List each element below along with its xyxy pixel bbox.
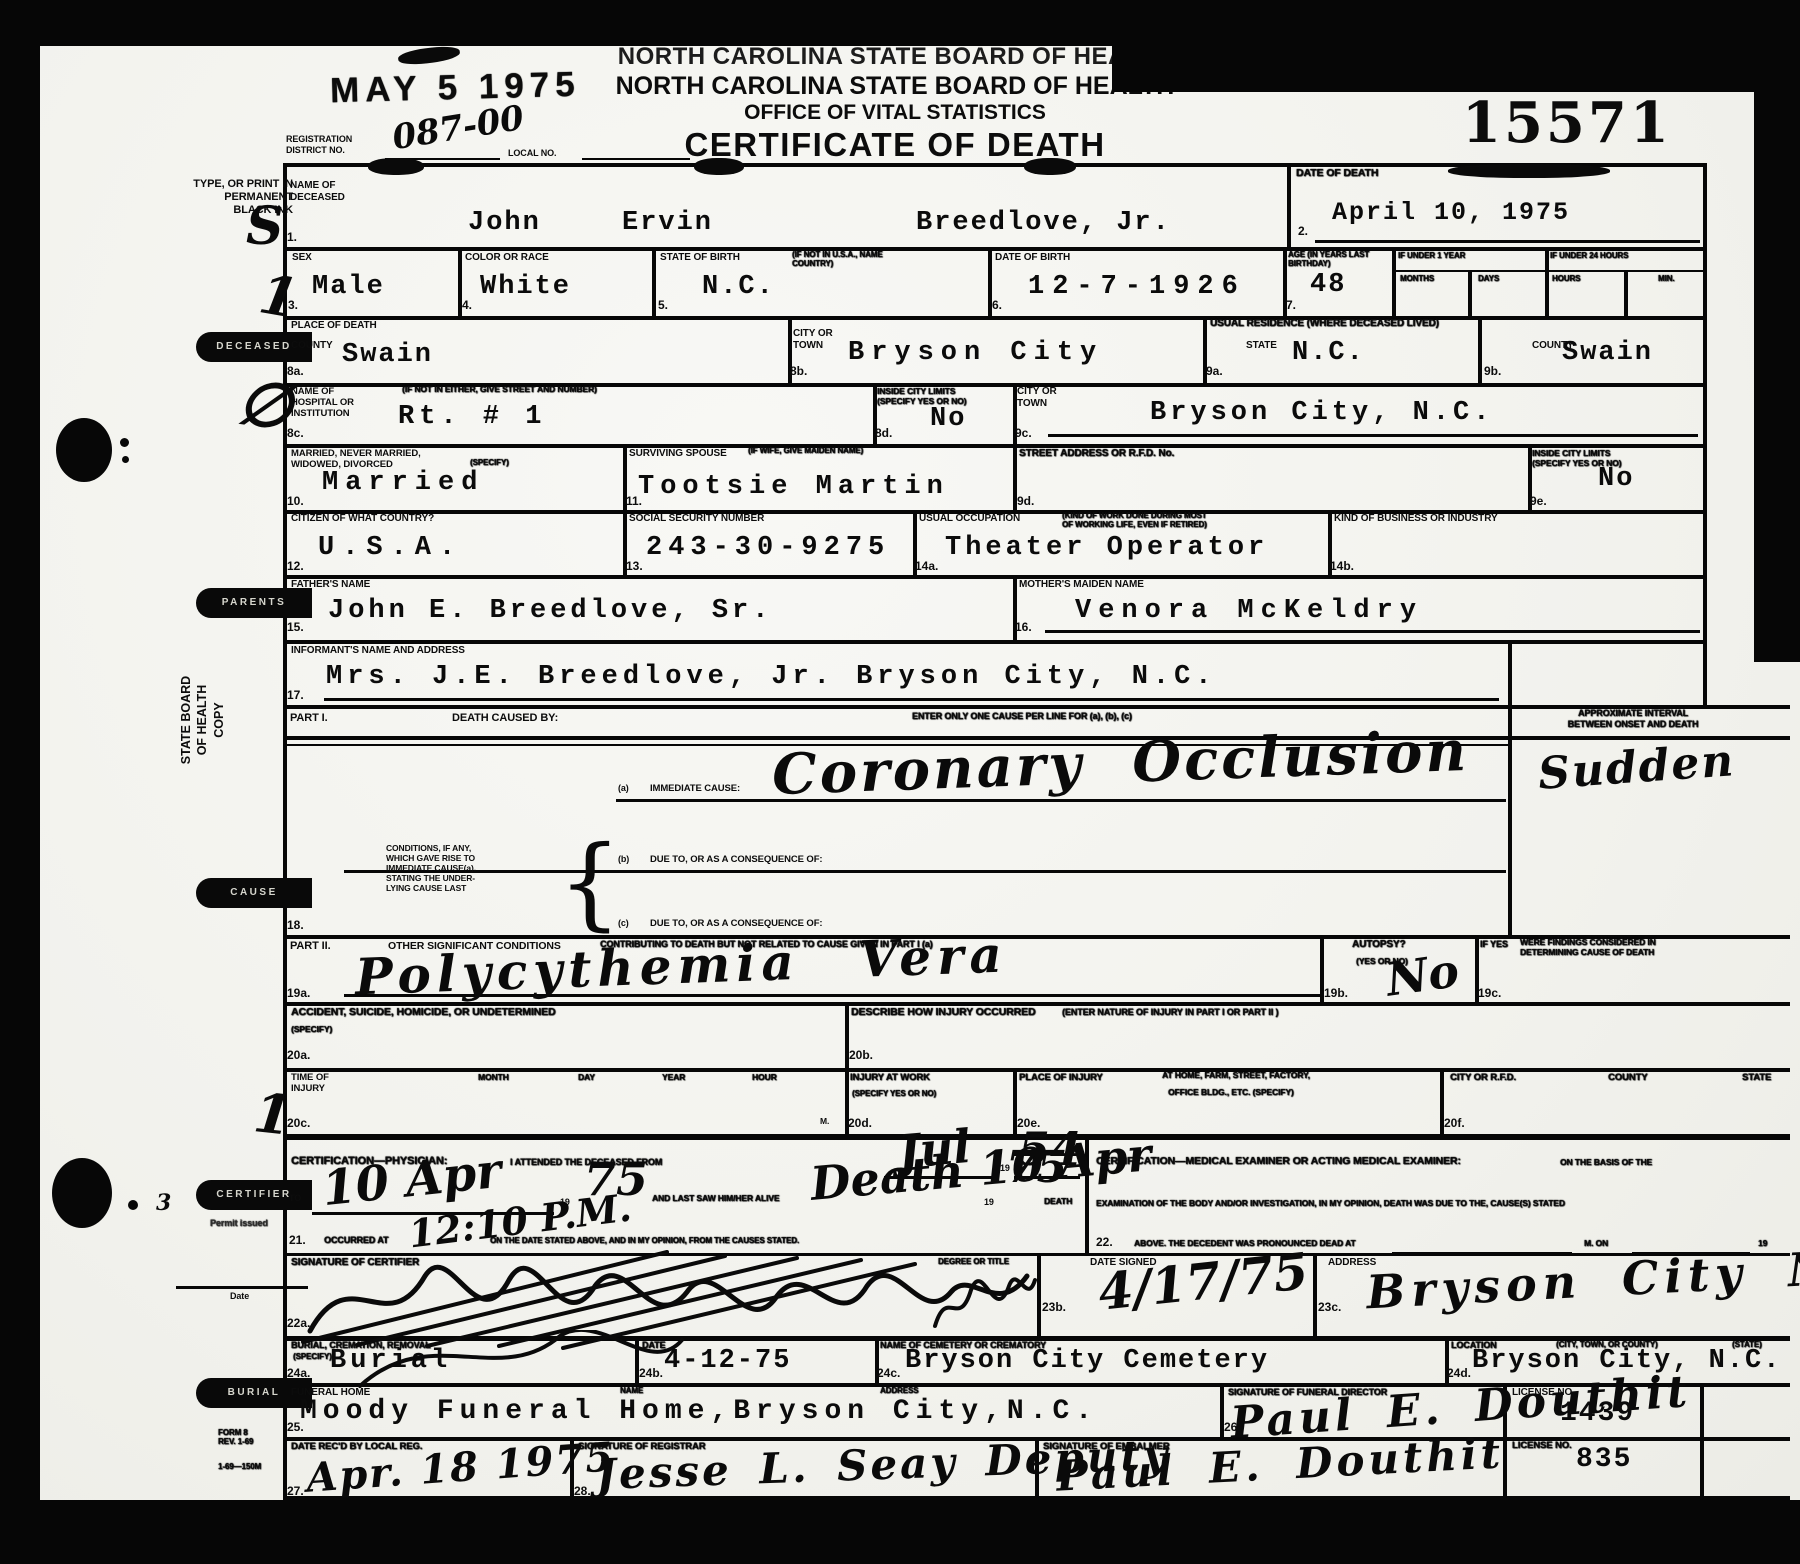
form-line — [616, 799, 1506, 802]
last-saw-label: AND LAST SAW HIM/HER ALIVE — [652, 1193, 779, 1203]
to-label: TO — [289, 1193, 301, 1204]
due-to-b-label: DUE TO, OR AS A CONSEQUENCE OF: — [650, 854, 823, 865]
date-of-death-value: April 10, 1975 — [1332, 198, 1570, 227]
scan-strip-right — [1754, 92, 1800, 662]
citizen-label: CITIZEN OF WHAT COUNTRY? — [291, 513, 434, 525]
due-to-c-label: DUE TO, OR AS A CONSEQUENCE OF: — [650, 918, 823, 929]
accident-specify-label: (SPECIFY) — [291, 1024, 332, 1034]
form-line — [283, 247, 1703, 251]
deceased-last-name: Breedlove, Jr. — [916, 208, 1171, 238]
describe-injury-sub: (ENTER NATURE OF INJURY IN PART I OR PAR… — [1062, 1007, 1278, 1018]
date-label: Date — [230, 1291, 249, 1302]
residence-county-value: Swain — [1562, 338, 1653, 368]
form-line — [1287, 163, 1291, 247]
form-line — [1700, 1383, 1704, 1496]
form-line — [344, 870, 1506, 873]
describe-injury-label: DESCRIBE HOW INJURY OCCURRED — [851, 1006, 1035, 1018]
informant-value: Mrs. J.E. Breedlove, Jr. Bryson City, N.… — [326, 662, 1217, 692]
item-number: 8b. — [790, 364, 807, 378]
item-number: 24d. — [1447, 1366, 1471, 1380]
findings-label: WERE FINDINGS CONSIDERED IN DETERMINING … — [1520, 937, 1656, 957]
name-label: NAME OF DECEASED — [290, 180, 345, 204]
margin-mark-zero: ∅ — [233, 365, 297, 445]
scan-edge-bottom — [0, 1500, 1800, 1564]
race-label: COLOR OR RACE — [465, 252, 549, 264]
ink-smudge — [368, 158, 424, 175]
state-of-birth-sub: (IF NOT IN U.S.A., NAME COUNTRY) — [792, 250, 883, 269]
item-a-label: (a) — [618, 783, 629, 794]
item-number: 14b. — [1330, 559, 1354, 573]
min-label: MIN. — [1658, 274, 1675, 283]
year-label: YEAR — [662, 1072, 685, 1082]
injury-at-work-sub: (SPECIFY YES OR NO) — [852, 1089, 936, 1098]
form-line — [324, 698, 1499, 701]
death-county-value: Swain — [342, 340, 433, 370]
under-24-hours-label: IF UNDER 24 HOURS — [1550, 251, 1628, 260]
days-label: DAYS — [1478, 274, 1499, 283]
injury-at-work-label: INJURY AT WORK — [850, 1072, 930, 1083]
date-of-death-label: DATE OF DEATH — [1296, 167, 1378, 179]
item-number: 19b. — [1324, 986, 1348, 1000]
permit-issued-label: Permit issued — [210, 1218, 268, 1229]
ink-dot — [128, 1200, 138, 1210]
item-number: 9e. — [1530, 494, 1547, 508]
ink-blob — [52, 1158, 112, 1228]
office-title: OFFICE OF VITAL STATISTICS — [560, 101, 1230, 125]
industry-label: KIND OF BUSINESS OR INDUSTRY — [1334, 513, 1498, 525]
mother-label: MOTHER'S MAIDEN NAME — [1019, 579, 1144, 591]
scan-edge-left — [0, 0, 40, 1512]
margin-mark-1b: 1 — [251, 1080, 295, 1148]
time-of-injury-label: TIME OF INJURY — [291, 1072, 329, 1094]
death-caused-by-label: DEATH CAUSED BY: — [452, 712, 558, 725]
item-number: 2. — [1298, 224, 1308, 238]
city-or-town-label: CITY OR TOWN — [793, 328, 833, 352]
copy-designation-note: STATE BOARD OF HEALTH COPY — [178, 648, 242, 792]
form-line — [845, 1002, 849, 1134]
city-rfd-label: CITY OR R.F.D. — [1450, 1072, 1516, 1083]
death-city-value: Bryson City — [848, 338, 1103, 368]
item-number: 10. — [287, 494, 304, 508]
margin-mark-3: 3 — [156, 1190, 171, 1216]
surviving-spouse-label: SURVIVING SPOUSE — [629, 448, 727, 460]
ink-dot — [122, 456, 129, 463]
item-number: 23c. — [1318, 1300, 1341, 1314]
year-prefix: 19 — [984, 1197, 994, 1208]
item-number: 12. — [287, 559, 304, 573]
page-title: CERTIFICATE OF DEATH — [560, 126, 1230, 164]
ink-smudge — [694, 158, 744, 175]
m-on-label: M. ON — [1584, 1238, 1608, 1248]
meridiem-label: M. — [820, 1116, 829, 1126]
enter-note-label: ENTER ONLY ONE CAUSE PER LINE FOR (a), (… — [912, 711, 1132, 722]
ink-dot — [120, 438, 129, 447]
injury-state-label: STATE — [1742, 1072, 1771, 1083]
inside-city-limits-value: No — [930, 404, 966, 434]
item-number: 15. — [287, 620, 304, 634]
date-blank-line — [176, 1286, 308, 1289]
item-number: 20d. — [848, 1116, 872, 1130]
item-number: 17. — [287, 688, 304, 702]
usual-residence-label: USUAL RESIDENCE (WHERE DECEASED LIVED) — [1210, 318, 1439, 330]
item-number: 27. — [287, 1484, 304, 1498]
item-number: 16. — [1015, 620, 1032, 634]
form-line — [1478, 316, 1482, 383]
item-number: 14a. — [915, 559, 938, 573]
print-code: 1-69—150M — [218, 1462, 261, 1471]
hours-label: HOURS — [1552, 274, 1580, 283]
ssn-value: 243-30-9275 — [646, 533, 890, 563]
date-of-birth-value: 12-7-1926 — [1028, 272, 1246, 302]
months-label: MONTHS — [1400, 274, 1434, 283]
item-number: 28. — [574, 1484, 591, 1498]
registration-district-label: REGISTRATION DISTRICT NO. — [286, 134, 352, 155]
form-number: FORM 8 REV. 1-69 — [218, 1428, 253, 1447]
residence-state-value: N.C. — [1292, 338, 1365, 368]
form-line — [283, 444, 1703, 448]
local-no-label: LOCAL NO. — [508, 148, 556, 159]
father-label: FATHER'S NAME — [291, 579, 370, 591]
death-word-label: DEATH — [1044, 1196, 1072, 1206]
form-line — [1045, 630, 1700, 633]
item-number: 6. — [992, 298, 1002, 312]
hospital-sub-label: (IF NOT IN EITHER, GIVE STREET AND NUMBE… — [402, 384, 597, 394]
form-line — [283, 575, 1703, 579]
state-of-birth-value: N.C. — [702, 272, 775, 302]
autopsy-value: No — [1383, 943, 1463, 1007]
margin-tab-parents: PARENTS — [196, 588, 312, 618]
license-no-2-label: LICENSE NO. — [1512, 1440, 1572, 1451]
form-line — [1508, 640, 1512, 935]
margin-mark-s: S — [246, 196, 284, 257]
date-of-birth-label: DATE OF BIRTH — [995, 252, 1070, 264]
item-number: 8c. — [287, 426, 304, 440]
form-line — [1545, 247, 1549, 316]
inside-city-limits-2-value: No — [1598, 464, 1634, 494]
form-line — [1468, 270, 1472, 316]
county-label: COUNTY — [291, 340, 333, 352]
item-number: 24c. — [877, 1366, 900, 1380]
occupation-label: USUAL OCCUPATION — [919, 513, 1020, 525]
ssn-label: SOCIAL SECURITY NUMBER — [629, 513, 764, 525]
form-line — [1392, 247, 1396, 316]
item-number: 20f. — [1444, 1116, 1465, 1130]
form-line — [1315, 240, 1700, 243]
residence-state-label: STATE — [1246, 340, 1277, 352]
form-line — [283, 640, 1703, 644]
margin-tab-cause: CAUSE — [196, 878, 312, 908]
item-number: 8d. — [875, 426, 892, 440]
item-number: 20b. — [849, 1048, 873, 1062]
item-number: 20a. — [287, 1048, 310, 1062]
form-line — [1703, 163, 1707, 705]
license-no-2-value: 835 — [1576, 1444, 1632, 1475]
received-date-stamp: MAY 5 1975 — [330, 65, 582, 112]
father-value: John E. Breedlove, Sr. — [328, 596, 772, 626]
sex-label: SEX — [292, 252, 312, 264]
hospital-value: Rt. # 1 — [398, 402, 546, 432]
interval-label: APPROXIMATE INTERVAL BETWEEN ONSET AND D… — [1518, 708, 1748, 729]
item-number: 4. — [462, 298, 472, 312]
occupation-sub-label: (KIND OF WORK DONE DURING MOST OF WORKIN… — [1062, 511, 1207, 530]
brace-glyph: { — [558, 824, 622, 941]
item-number: 24a. — [287, 1366, 310, 1380]
funeral-address-sub: ADDRESS — [880, 1386, 918, 1395]
injury-county-label: COUNTY — [1608, 1072, 1648, 1083]
place-of-injury-label: PLACE OF INJURY — [1019, 1072, 1103, 1083]
state-of-birth-label: STATE OF BIRTH — [660, 252, 740, 264]
form-line — [283, 316, 1703, 320]
certificate-number: 15571 — [1462, 90, 1672, 156]
informant-label: INFORMANT'S NAME AND ADDRESS — [291, 645, 465, 657]
place-of-death-label: PLACE OF DEATH — [291, 320, 377, 332]
item-number: 21. — [289, 1233, 306, 1247]
hour-label: HOUR — [752, 1072, 777, 1082]
place-sub2-label: OFFICE BLDG., ETC. (SPECIFY) — [1168, 1087, 1294, 1097]
spouse-sub-label: (IF WIFE, GIVE MAIDEN NAME) — [748, 446, 863, 455]
funeral-home-value: Moody Funeral Home,Bryson City,N.C. — [300, 1396, 1098, 1427]
hospital-label: NAME OF HOSPITAL OR INSTITUTION — [291, 386, 354, 420]
item-number: 9d. — [1017, 494, 1034, 508]
occupation-value: Theater Operator — [945, 533, 1268, 563]
place-sub1-label: AT HOME, FARM, STREET, FACTORY, — [1162, 1070, 1310, 1080]
mother-value: Venora McKeldry — [1075, 596, 1423, 626]
item-number: 18. — [287, 918, 304, 932]
part1-label: PART I. — [290, 712, 328, 725]
ink-smudge — [1448, 164, 1610, 178]
residence-city-label: CITY OR TOWN — [1017, 386, 1057, 410]
day-label: DAY — [578, 1072, 595, 1082]
form-line — [1048, 434, 1698, 437]
last-alive-year: 75 — [1006, 1142, 1067, 1193]
if-yes-label: IF YES — [1480, 939, 1508, 950]
deceased-middle-name: Ervin — [622, 208, 713, 238]
autopsy-label: AUTOPSY? — [1352, 939, 1405, 951]
item-number: 19c. — [1478, 986, 1501, 1000]
stray-pen-stroke — [350, 1330, 690, 1392]
marital-status-value: Married — [322, 468, 484, 498]
race-value: White — [480, 272, 571, 302]
basis-label: ON THE BASIS OF THE — [1560, 1157, 1652, 1167]
accident-label: ACCIDENT, SUICIDE, HOMICIDE, OR UNDETERM… — [291, 1006, 556, 1018]
scan-block-top-right — [1112, 0, 1800, 92]
form-line — [1313, 1253, 1317, 1336]
age-value: 48 — [1310, 270, 1346, 300]
part2-label: PART II. — [290, 940, 331, 953]
item-number: 13. — [626, 559, 643, 573]
month-label: MONTH — [478, 1072, 509, 1082]
form-line — [652, 247, 656, 316]
form-line — [1392, 1252, 1572, 1254]
death-certificate-scan: NORTH CAROLINA STATE BOARD OF HEALTH MAY… — [0, 0, 1800, 1564]
item-number: 9a. — [1206, 364, 1223, 378]
item-number: 22. — [1096, 1235, 1113, 1249]
item-number: 9c. — [1015, 426, 1032, 440]
citizen-value: U.S.A. — [318, 533, 463, 563]
form-line — [1624, 270, 1628, 316]
age-label: AGE (IN YEARS LAST BIRTHDAY) — [1288, 250, 1369, 269]
item-number: 5. — [658, 298, 668, 312]
item-number: 1. — [287, 230, 297, 244]
item-number: 23b. — [1042, 1300, 1066, 1314]
spouse-value: Tootsie Martin — [638, 472, 949, 502]
item-number: 9b. — [1484, 364, 1501, 378]
under-1-year-label: IF UNDER 1 YEAR — [1398, 251, 1465, 260]
marital-specify-label: (SPECIFY) — [470, 458, 509, 467]
conditions-label: CONDITIONS, IF ANY, WHICH GAVE RISE TO I… — [386, 843, 476, 893]
immediate-cause-label: IMMEDIATE CAUSE: — [650, 783, 740, 794]
ink-blob — [56, 418, 112, 482]
street-address-label: STREET ADDRESS OR R.F.D. No. — [1019, 448, 1174, 460]
item-number: 19a. — [287, 986, 310, 1000]
residence-city-value: Bryson City, N.C. — [1150, 398, 1493, 428]
exam-line-label: EXAMINATION OF THE BODY AND/OR INVESTIGA… — [1096, 1198, 1565, 1208]
ink-smudge — [1024, 158, 1076, 175]
sex-value: Male — [312, 272, 385, 302]
deceased-first-name: John — [468, 208, 541, 238]
item-number: 7. — [1286, 298, 1296, 312]
occurred-at-label: OCCURRED AT — [324, 1235, 388, 1246]
